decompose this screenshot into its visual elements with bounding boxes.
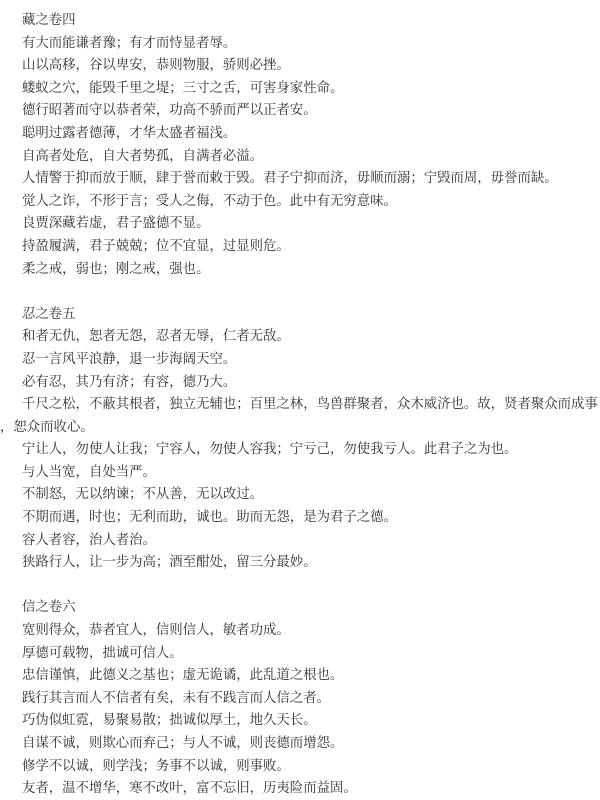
text-line: 不制怒，无以纳谏；不从善，无以改过。 [0,484,600,507]
text-line: 容人者容，治人者治。 [0,530,600,553]
text-line: 与人当宽，自处当严。 [0,462,600,485]
section-cang-zhi-juan-si: 藏之卷四有大而能谦者豫；有才而恃显者辱。山以高移，谷以卑安，恭则物服，骄则必挫。… [0,10,600,281]
text-line: 友者，温不增华，寒不改叶，富不忘旧，历夷险而益固。 [0,778,600,800]
text-line: 和者无仇，恕者无怨，忍者无辱，仁者无敌。 [0,326,600,349]
text-line: 必有忍，其乃有济；有容，德乃大。 [0,372,600,395]
text-line: 蝼蚁之穴，能毁千里之堤；三寸之舌，可害身家性命。 [0,78,600,101]
text-line: 宽则得众，恭者宜人，信则信人，敏者功成。 [0,620,600,643]
text-line: 忠信谨慎，此德义之基也；虚无诡谲，此乱道之根也。 [0,665,600,688]
text-line: 巧伪似虹霓，易聚易散；拙诚似厚土，地久天长。 [0,710,600,733]
text-line: 自谋不诚，则欺心而弃己；与人不诚，则丧德而增怨。 [0,733,600,756]
text-line: 良贾深藏若虚，君子盛德不显。 [0,213,600,236]
text-line: 德行昭著而守以恭者荣，功高不骄而严以正者安。 [0,100,600,123]
text-line: 有大而能谦者豫；有才而恃显者辱。 [0,33,600,56]
section-ren-zhi-juan-wu: 忍之卷五和者无仇，恕者无怨，忍者无辱，仁者无敌。忍一言风平浪静，退一步海阔天空。… [0,304,600,575]
text-line: 千尺之松，不蔽其根者，独立无辅也；百里之林，鸟兽群聚者，众木威济也。故，贤者聚众… [0,394,600,439]
text-line: 聪明过露者德薄，才华太盛者福浅。 [0,123,600,146]
text-line: 修学不以诚，则学浅；务事不以诚，则事败。 [0,756,600,779]
text-line: 人情警于抑而放于顺，肆于誉而敕于毁。君子宁抑而济，毋顺而溺；宁毁而周，毋誉而缺。 [0,168,600,191]
text-line: 践行其言而人不信者有矣，未有不践言而人信之者。 [0,688,600,711]
text-line: 狭路行人，让一步为高；酒至酣处，留三分最妙。 [0,552,600,575]
text-line: 持盈履满，君子兢兢；位不宜显，过显则危。 [0,236,600,259]
text-line: 忍一言风平浪静，退一步海阔天空。 [0,349,600,372]
section-title: 信之卷六 [0,597,600,620]
text-line: 自高者处危，自大者势孤，自满者必溢。 [0,146,600,169]
text-line: 宁让人，勿使人让我；宁容人，勿使人容我；宁亏己，勿使我亏人。此君子之为也。 [0,439,600,462]
section-title: 忍之卷五 [0,304,600,327]
text-line: 厚德可载物，拙诚可信人。 [0,643,600,666]
section-xin-zhi-juan-liu: 信之卷六宽则得众，恭者宜人，信则信人，敏者功成。厚德可载物，拙诚可信人。忠信谨慎… [0,597,600,800]
text-content: 藏之卷四有大而能谦者豫；有才而恃显者辱。山以高移，谷以卑安，恭则物服，骄则必挫。… [0,10,600,800]
text-line: 柔之戒，弱也；刚之戒，强也。 [0,259,600,282]
text-line: 不期而遇，时也；无利而助，诚也。助而无怨，是为君子之德。 [0,507,600,530]
ebook-page: 藏之卷四有大而能谦者豫；有才而恃显者辱。山以高移，谷以卑安，恭则物服，骄则必挫。… [0,0,600,800]
section-title: 藏之卷四 [0,10,600,33]
text-line: 山以高移，谷以卑安，恭则物服，骄则必挫。 [0,55,600,78]
text-line: 觉人之诈，不形于言；受人之侮，不动于色。此中有无穷意味。 [0,191,600,214]
